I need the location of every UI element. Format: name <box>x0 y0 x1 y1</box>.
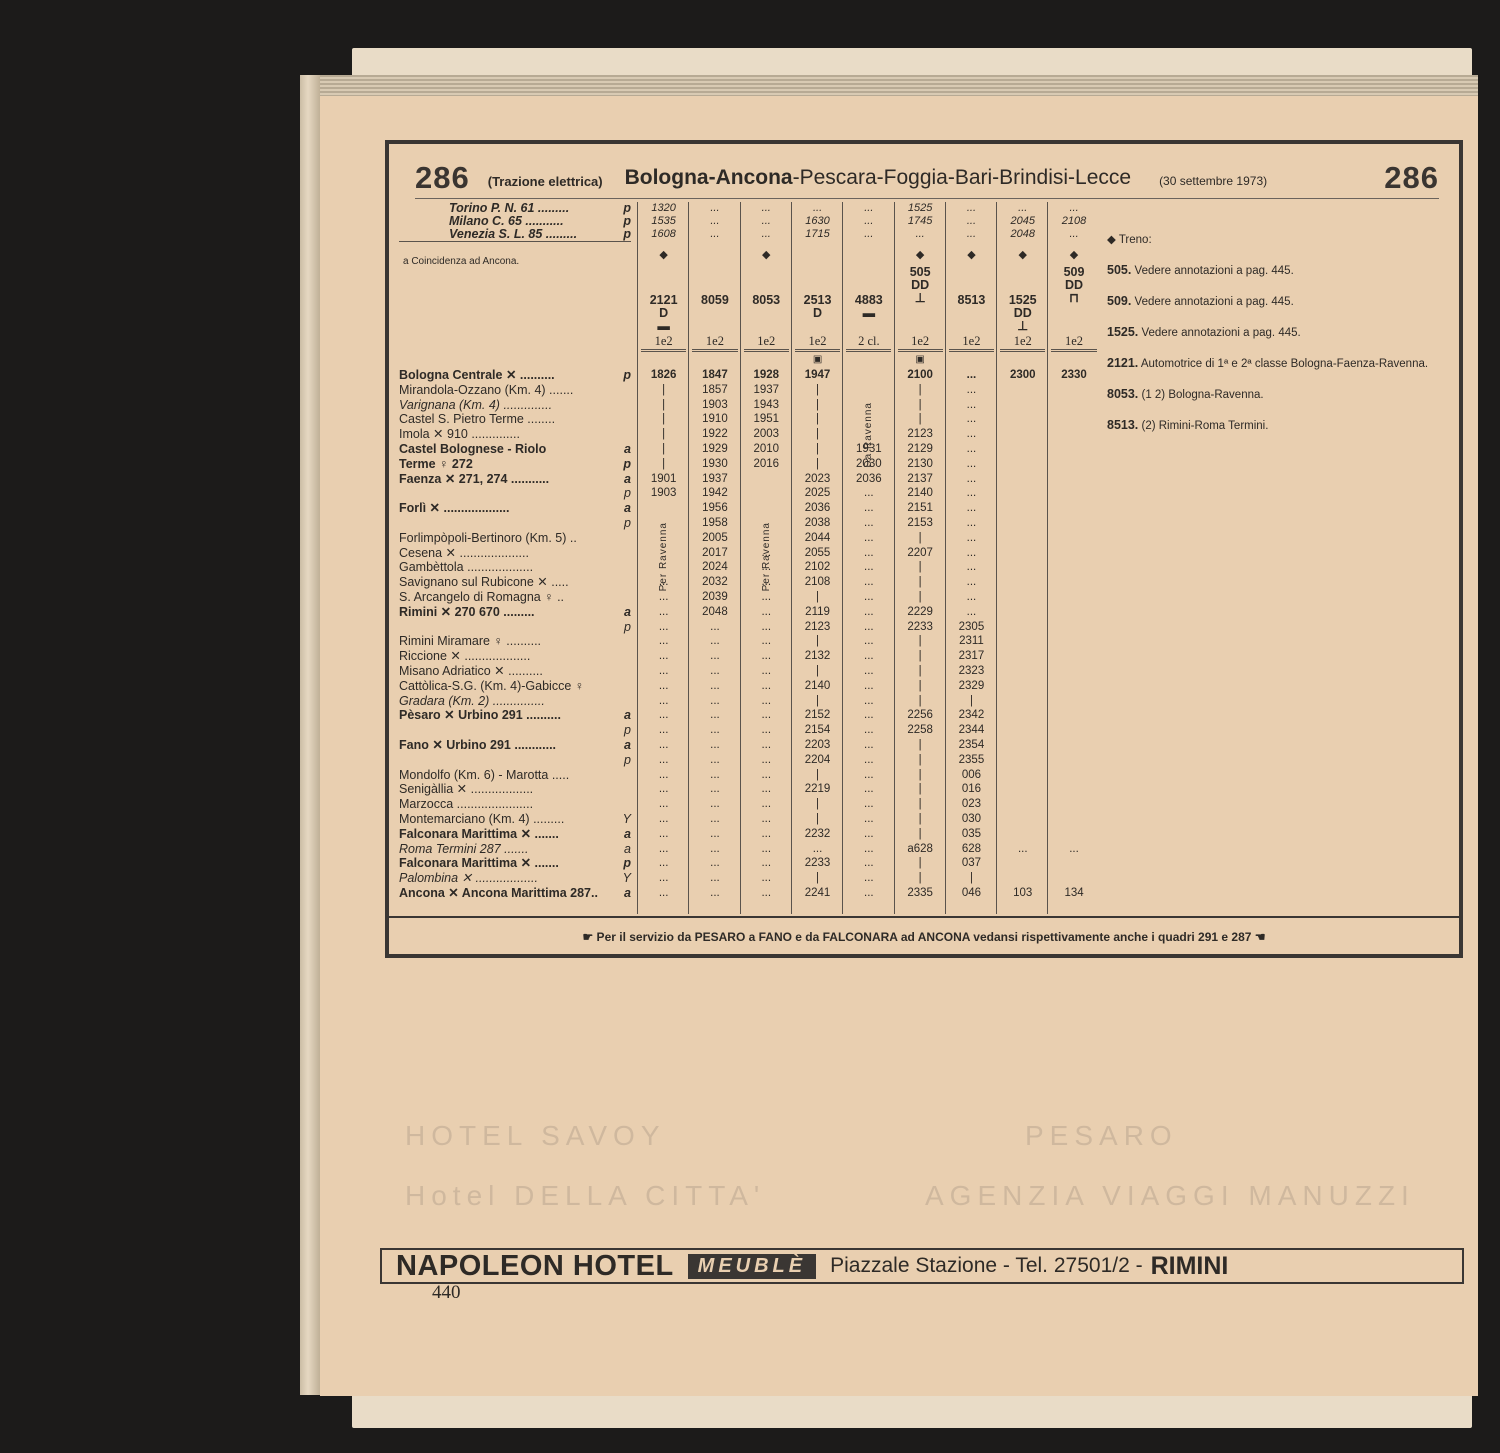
time-cell: ... <box>689 768 740 783</box>
time-cell: | <box>895 753 946 768</box>
time-cell: ... <box>946 531 997 546</box>
time-cell: | <box>638 442 689 457</box>
timetable-frame: 286 (Trazione elettrica) Bologna-Ancona-… <box>385 140 1463 958</box>
station-row: Riccione ✕ ................... <box>399 649 631 664</box>
time-cell <box>997 501 1048 516</box>
time-cell <box>1048 753 1099 768</box>
time-cell: ... <box>741 797 792 812</box>
time-cell: ... <box>741 782 792 797</box>
time-cell: 628 <box>946 842 997 857</box>
time-cell <box>997 398 1048 413</box>
time-cell: 134 <box>1048 886 1099 901</box>
train-column-1525: ...20452048◆1525DD⊥1e22300...103 <box>996 202 1048 914</box>
time-cell: 2025 <box>792 486 843 501</box>
time-cell: 2204 <box>792 753 843 768</box>
origin-time: ... <box>946 215 997 228</box>
origin-time: ... <box>689 228 740 241</box>
station-row: Gambèttola ................... <box>399 560 631 575</box>
station-name: Senigàllia ✕ .................. <box>399 782 533 796</box>
time-cell <box>1048 412 1099 427</box>
time-cell: ... <box>689 664 740 679</box>
origin-times: 15251745... <box>895 202 946 241</box>
time-cell: | <box>792 768 843 783</box>
time-cell: 2154 <box>792 723 843 738</box>
time-cell: | <box>895 383 946 398</box>
time-cell: ... <box>689 649 740 664</box>
time-cell: ... <box>843 694 894 709</box>
couchette-icon: ⊥ <box>895 292 946 305</box>
time-cell: | <box>895 871 946 886</box>
time-cell: | <box>895 560 946 575</box>
time-cell: 2038 <box>792 516 843 531</box>
time-cell: ... <box>741 694 792 709</box>
station-name: Varignana (Km. 4) .............. <box>399 398 552 412</box>
time-cell: | <box>895 664 946 679</box>
time-cell: | <box>638 412 689 427</box>
time-cell: 1956 <box>689 501 740 516</box>
station-row: Gradara (Km. 2) ............... <box>399 694 631 709</box>
origin-time: 1535 <box>638 215 689 228</box>
origin-time: ... <box>741 202 792 215</box>
time-cell: ... <box>946 575 997 590</box>
time-cell <box>1048 797 1099 812</box>
travel-class: 1e2 <box>898 334 943 352</box>
time-cell: 2024 <box>689 560 740 575</box>
time-cell: ... <box>638 738 689 753</box>
station-name: Roma Termini 287 ....... <box>399 842 528 856</box>
time-cell: 1937 <box>689 472 740 487</box>
train-number-header: 8059 <box>689 294 740 307</box>
origin-time: 1525 <box>895 202 946 215</box>
time-cell: ... <box>741 768 792 783</box>
time-cell: ... <box>843 842 894 857</box>
time-cell: 2102 <box>792 560 843 575</box>
station-row: Marzocca ...................... <box>399 797 631 812</box>
time-cell: 103 <box>997 886 1048 901</box>
time-cell: 1947 <box>792 368 843 383</box>
station-row: p <box>399 723 631 738</box>
diamond-icon: ◆ <box>1048 248 1099 261</box>
time-cell: 2232 <box>792 827 843 842</box>
time-cell <box>741 501 792 516</box>
book-side-edge <box>300 75 320 1395</box>
time-cell: 2003 <box>741 427 792 442</box>
bleed-text: HOTEL SAVOY <box>405 1120 666 1152</box>
time-cell <box>997 457 1048 472</box>
time-cell: ... <box>741 738 792 753</box>
time-cell: 2300 <box>997 368 1048 383</box>
time-cell <box>638 501 689 516</box>
diamond-icon: ◆ <box>997 248 1048 261</box>
time-cell <box>843 368 894 383</box>
time-cell <box>997 723 1048 738</box>
time-cell: | <box>895 398 946 413</box>
time-cell: ... <box>946 546 997 561</box>
time-cell: | <box>895 768 946 783</box>
time-cell: ... <box>638 590 689 605</box>
time-cell: 2335 <box>895 886 946 901</box>
travel-class: 1e2 <box>949 334 994 352</box>
time-cell: ... <box>689 738 740 753</box>
reverse-page-bleed-through: HOTEL SAVOY PESARO AGENZIA VIAGGI MANUZZ… <box>385 980 1465 1230</box>
origin-time: ... <box>843 215 894 228</box>
arrival-departure-code: p <box>623 856 631 871</box>
time-cell: 1847 <box>689 368 740 383</box>
time-cell: | <box>895 812 946 827</box>
time-cell <box>997 486 1048 501</box>
time-cell: 2032 <box>689 575 740 590</box>
origin-time: ... <box>741 228 792 241</box>
station-name: S. Arcangelo di Romagna ♀ .. <box>399 590 564 604</box>
time-cell: 2023 <box>792 472 843 487</box>
origin-times: ......... <box>843 202 894 241</box>
station-name: Forlì ✕ ................... <box>399 501 510 515</box>
time-cell <box>1048 827 1099 842</box>
origin-times: ...20452048 <box>997 202 1048 241</box>
bleed-text: PESARO <box>1025 1120 1178 1152</box>
time-cell <box>997 546 1048 561</box>
arrival-departure-code: a <box>624 886 631 901</box>
time-cell: 2132 <box>792 649 843 664</box>
note-item: 8513. (2) Rimini-Roma Termini. <box>1107 418 1447 432</box>
origin-times: ...16301715 <box>792 202 843 241</box>
table-number-right: 286 <box>1384 160 1439 196</box>
time-cell: 2005 <box>689 531 740 546</box>
station-row: Castel S. Pietro Terme ........ <box>399 412 631 427</box>
station-row: Falconara Marittima ✕ .......a <box>399 827 631 842</box>
time-cell: 1929 <box>689 442 740 457</box>
time-cell: ... <box>843 560 894 575</box>
service-footnote: ☛ Per il servizio da PESARO a FANO e da … <box>389 916 1459 944</box>
vertical-route-label: Per Ravenna <box>658 522 669 591</box>
train-column-8513: .........◆85131e2.......................… <box>945 202 997 914</box>
time-cell: 1857 <box>689 383 740 398</box>
station-row: p <box>399 753 631 768</box>
book-top-edge <box>300 75 1478 97</box>
time-cell: ... <box>741 812 792 827</box>
station-row: Misano Adriatico ✕ .......... <box>399 664 631 679</box>
time-cell: ... <box>689 694 740 709</box>
time-cell: ... <box>741 842 792 857</box>
station-name: Ancona ✕ Ancona Marittima 287.. <box>399 886 598 900</box>
time-cell <box>1048 516 1099 531</box>
note-item: 2121. Automotrice di 1ª e 2ª classe Bolo… <box>1107 356 1447 370</box>
restaurant-car-icon: ▣ <box>792 354 843 365</box>
time-cell: ... <box>843 664 894 679</box>
time-cell: 2305 <box>946 620 997 635</box>
time-cell: ... <box>741 827 792 842</box>
time-cell: ... <box>741 856 792 871</box>
time-cell: 2219 <box>792 782 843 797</box>
origin-time: 2048 <box>997 228 1048 241</box>
note-item: 505. Vedere annotazioni a pag. 445. <box>1107 263 1447 277</box>
time-cell: 2317 <box>946 649 997 664</box>
origin-time: ... <box>997 202 1048 215</box>
arrival-departure-code: p <box>623 368 631 383</box>
vertical-route-label: Per Ravenna <box>761 522 772 591</box>
sleeper-icon: ⊓ <box>1048 292 1099 305</box>
train-column-509: ...2108...◆509DD⊓1e22330...134 <box>1047 202 1099 914</box>
time-cell: 2140 <box>792 679 843 694</box>
time-cell: ... <box>638 694 689 709</box>
time-cell: | <box>792 634 843 649</box>
time-cell <box>1048 738 1099 753</box>
station-name: Bologna Centrale ✕ .......... <box>399 368 555 382</box>
diamond-icon: ◆ <box>638 248 689 261</box>
time-cell: ... <box>843 827 894 842</box>
time-cell: 006 <box>946 768 997 783</box>
timetable-date: (30 settembre 1973) <box>1159 174 1267 188</box>
time-cell: 1903 <box>638 486 689 501</box>
time-cell: 2311 <box>946 634 997 649</box>
origin-times: ......... <box>689 202 740 241</box>
time-cell <box>997 412 1048 427</box>
time-cell <box>1048 634 1099 649</box>
time-cell: | <box>792 457 843 472</box>
time-cell: 2233 <box>895 620 946 635</box>
couchette-icon: ⊥ <box>997 320 1048 333</box>
time-cell: 1901 <box>638 472 689 487</box>
station-row: Terme ♀ 272p <box>399 457 631 472</box>
time-cell: ... <box>638 827 689 842</box>
time-cell: | <box>895 412 946 427</box>
time-cell: ... <box>997 842 1048 857</box>
time-cell: 030 <box>946 812 997 827</box>
time-cell: ... <box>741 753 792 768</box>
time-cell: ... <box>946 427 997 442</box>
time-cells: ........................................… <box>946 368 997 901</box>
time-cells: 1826||||||19011903......................… <box>638 368 689 901</box>
station-row: Imola ✕ 910 .............. <box>399 427 631 442</box>
travel-class: 1e2 <box>1000 334 1045 352</box>
time-cell: | <box>895 694 946 709</box>
time-cell: ... <box>638 886 689 901</box>
time-cell: | <box>895 679 946 694</box>
time-cell: ... <box>741 723 792 738</box>
time-cell: | <box>895 797 946 812</box>
time-cell <box>1048 812 1099 827</box>
origin-time: 2108 <box>1048 215 1099 228</box>
time-cells: 2330...134 <box>1048 368 1099 901</box>
time-cell: 1826 <box>638 368 689 383</box>
station-name: Riccione ✕ ................... <box>399 649 530 663</box>
time-cell <box>1048 486 1099 501</box>
train-column-4883: .........4883▬2 cl.193120302036.........… <box>842 202 894 914</box>
station-row: Falconara Marittima ✕ .......p <box>399 856 631 871</box>
time-cell: | <box>895 590 946 605</box>
station-name: Terme ♀ 272 <box>399 457 473 471</box>
time-cell: ... <box>843 620 894 635</box>
time-cell: ... <box>638 871 689 886</box>
station-name: Fano ✕ Urbino 291 ............ <box>399 738 556 752</box>
train-number-header: 8053 <box>741 294 792 307</box>
time-cell: ... <box>689 812 740 827</box>
traction-label: (Trazione elettrica) <box>488 174 603 189</box>
time-cell: ... <box>843 856 894 871</box>
time-cell <box>997 442 1048 457</box>
time-cell: ... <box>946 368 997 383</box>
station-row: Fano ✕ Urbino 291 ............a <box>399 738 631 753</box>
origin-row: Venezia S. L. 85 .........p <box>399 228 631 242</box>
time-cell: 1958 <box>689 516 740 531</box>
time-cell: ... <box>843 871 894 886</box>
time-cell: ... <box>689 620 740 635</box>
station-row: Ancona ✕ Ancona Marittima 287..a <box>399 886 631 901</box>
time-cell <box>1048 546 1099 561</box>
time-cell: ... <box>946 472 997 487</box>
station-row: p <box>399 486 631 501</box>
time-cell: | <box>895 531 946 546</box>
time-cell: ... <box>843 886 894 901</box>
time-cell <box>1048 560 1099 575</box>
time-cell: 1903 <box>689 398 740 413</box>
railcar-icon: ▬ <box>638 320 689 333</box>
time-cell <box>997 679 1048 694</box>
time-cell <box>1048 649 1099 664</box>
station-row: Pèsaro ✕ Urbino 291 ..........a <box>399 708 631 723</box>
note-item: 509. Vedere annotazioni a pag. 445. <box>1107 294 1447 308</box>
vertical-route-label: Da Ravenna <box>863 402 874 468</box>
station-name: Falconara Marittima ✕ ....... <box>399 856 559 870</box>
time-cell: 1930 <box>689 457 740 472</box>
time-cells: 1947||||||202320252036203820442055210221… <box>792 368 843 901</box>
time-cell: 2048 <box>689 605 740 620</box>
time-cell: | <box>792 412 843 427</box>
origin-times: 132015351608 <box>638 202 689 241</box>
time-cell: ... <box>843 605 894 620</box>
note-item: 1525. Vedere annotazioni a pag. 445. <box>1107 325 1447 339</box>
station-name: Marzocca ...................... <box>399 797 533 811</box>
time-cell <box>997 827 1048 842</box>
travel-class: 1e2 <box>692 334 737 352</box>
origin-time: 1715 <box>792 228 843 241</box>
time-cell: 016 <box>946 782 997 797</box>
time-cell: ... <box>843 768 894 783</box>
time-cell: ... <box>741 649 792 664</box>
time-cell <box>997 753 1048 768</box>
diamond-icon: ◆ <box>741 248 792 261</box>
station-name: Mondolfo (Km. 6) - Marotta ..... <box>399 768 569 782</box>
time-cell: ... <box>741 634 792 649</box>
time-cell <box>997 605 1048 620</box>
time-cell <box>1048 383 1099 398</box>
time-cell: 2241 <box>792 886 843 901</box>
time-cell <box>1048 664 1099 679</box>
time-cell <box>997 694 1048 709</box>
station-row: Cesena ✕ .................... <box>399 546 631 561</box>
time-cell: 037 <box>946 856 997 871</box>
station-name: Castel S. Pietro Terme ........ <box>399 412 555 426</box>
origin-time: ... <box>946 202 997 215</box>
origin-time: 2045 <box>997 215 1048 228</box>
time-cell: ... <box>843 531 894 546</box>
time-cell <box>1048 575 1099 590</box>
travel-class: 1e2 <box>641 334 686 352</box>
time-cell: ... <box>638 856 689 871</box>
time-cell: ... <box>638 797 689 812</box>
time-cell <box>1048 871 1099 886</box>
time-cell: ... <box>843 708 894 723</box>
travel-class: 2 cl. <box>846 334 891 352</box>
time-cell: ... <box>741 664 792 679</box>
time-cell <box>1048 782 1099 797</box>
hotel-advertisement: NAPOLEON HOTEL MEUBLÈ Piazzale Stazione … <box>380 1248 1464 1284</box>
arrival-departure-code: p <box>624 620 631 635</box>
time-cell: ... <box>843 590 894 605</box>
time-cell: ... <box>689 708 740 723</box>
time-cell: 2151 <box>895 501 946 516</box>
station-row: Mirandola-Ozzano (Km. 4) ....... <box>399 383 631 398</box>
time-cell: ... <box>946 560 997 575</box>
time-cell <box>997 427 1048 442</box>
train-column-2513: ...163017152513D1e2▣1947||||||2023202520… <box>791 202 843 914</box>
time-cell: ... <box>638 620 689 635</box>
time-cell <box>1048 679 1099 694</box>
arrival-departure-code: a <box>624 442 631 457</box>
time-cell: ... <box>638 605 689 620</box>
time-cell: 2119 <box>792 605 843 620</box>
time-cell: | <box>792 398 843 413</box>
title-row: 286 (Trazione elettrica) Bologna-Ancona-… <box>415 158 1439 199</box>
time-cell: 2100 <box>895 368 946 383</box>
time-cell: 035 <box>946 827 997 842</box>
time-cell: | <box>792 664 843 679</box>
time-cell: 2036 <box>792 501 843 516</box>
station-row: Palombina ✕ ..................Y <box>399 871 631 886</box>
time-cell <box>997 782 1048 797</box>
time-cell: ... <box>638 679 689 694</box>
notes-header: ◆ Treno: <box>1107 232 1447 246</box>
station-name: Cattòlica-S.G. (Km. 4)-Gabicce ♀ <box>399 679 584 693</box>
origin-time: 1608 <box>638 228 689 241</box>
time-cells: 1847185719031910192219291930193719421956… <box>689 368 740 901</box>
time-cells: 2100|||2123212921302137214021512153|2207… <box>895 368 946 901</box>
table-number-left: 286 <box>415 160 470 196</box>
time-cell: ... <box>843 723 894 738</box>
time-cell: 2039 <box>689 590 740 605</box>
time-cell: ... <box>638 723 689 738</box>
travel-class: 1e2 <box>744 334 789 352</box>
time-cell: ... <box>638 782 689 797</box>
station-name: Mirandola-Ozzano (Km. 4) ....... <box>399 383 573 397</box>
hotel-badge: MEUBLÈ <box>688 1254 816 1279</box>
time-cell: ... <box>638 664 689 679</box>
time-cell: ... <box>689 797 740 812</box>
station-row: Varignana (Km. 4) .............. <box>399 398 631 413</box>
time-cell: 2342 <box>946 708 997 723</box>
train-column-8053: .........◆80531e219281937194319512003201… <box>740 202 792 914</box>
time-cells: 2300...103 <box>997 368 1048 901</box>
time-cell: 2129 <box>895 442 946 457</box>
station-name: Forlimpòpoli-Bertinoro (Km. 5) .. <box>399 531 577 545</box>
time-cell: 2355 <box>946 753 997 768</box>
time-cell: 2354 <box>946 738 997 753</box>
time-cell: ... <box>946 412 997 427</box>
time-cell: 2323 <box>946 664 997 679</box>
station-name: Gambèttola ................... <box>399 560 533 574</box>
train-columns: 132015351608◆2121D▬1e21826||||||19011903… <box>637 202 1099 914</box>
time-cell <box>997 531 1048 546</box>
station-row: Rimini Miramare ♀ .......... <box>399 634 631 649</box>
time-cell <box>741 472 792 487</box>
time-cell: ... <box>638 634 689 649</box>
origin-time: 1745 <box>895 215 946 228</box>
time-cell: ... <box>843 797 894 812</box>
time-cell: 2153 <box>895 516 946 531</box>
time-cell: | <box>792 694 843 709</box>
time-cell: 1928 <box>741 368 792 383</box>
time-cell: ... <box>689 886 740 901</box>
